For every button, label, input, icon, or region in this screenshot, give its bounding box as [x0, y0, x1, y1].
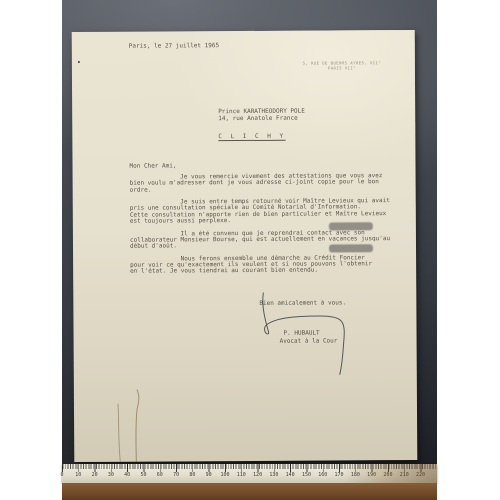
ruler-grime-stain: [342, 464, 437, 483]
paper-edge-speck: [78, 61, 80, 63]
ruler-number: 160: [315, 472, 331, 478]
ruler-number: 70: [168, 472, 184, 478]
ruler-number: 20: [86, 472, 102, 478]
ruler-number: 80: [184, 472, 200, 478]
ruler-number: 110: [233, 472, 249, 478]
ruler-number: 100: [217, 472, 233, 478]
ruler-number: 130: [266, 472, 282, 478]
wood-table-edge: [62, 483, 437, 500]
ruler-number: 40: [119, 472, 135, 478]
handwritten-marks-layer: [72, 30, 418, 462]
listing-photo-canvas: Paris, le 27 juillet 1965 5, RUE DE BUEN…: [0, 0, 500, 500]
ruler-number: 150: [298, 472, 314, 478]
letter-paper: Paris, le 27 juillet 1965 5, RUE DE BUEN…: [72, 30, 418, 462]
ruler-number: 50: [135, 472, 151, 478]
measuring-ruler: 0102030405060708090100110120130140150160…: [62, 464, 437, 483]
ruler-number: 90: [201, 472, 217, 478]
stain-streak-left: [118, 404, 120, 462]
desk-photo-background: Paris, le 27 juillet 1965 5, RUE DE BUEN…: [62, 0, 437, 500]
signature-ink: [263, 292, 345, 374]
ruler-number: 60: [152, 472, 168, 478]
ruler-number: 120: [249, 472, 265, 478]
ruler-number: 30: [103, 472, 119, 478]
ruler-number: 140: [282, 472, 298, 478]
ruler-number: 10: [70, 472, 86, 478]
stain-streak-right: [136, 390, 140, 462]
ruler-number: 0: [54, 472, 70, 478]
